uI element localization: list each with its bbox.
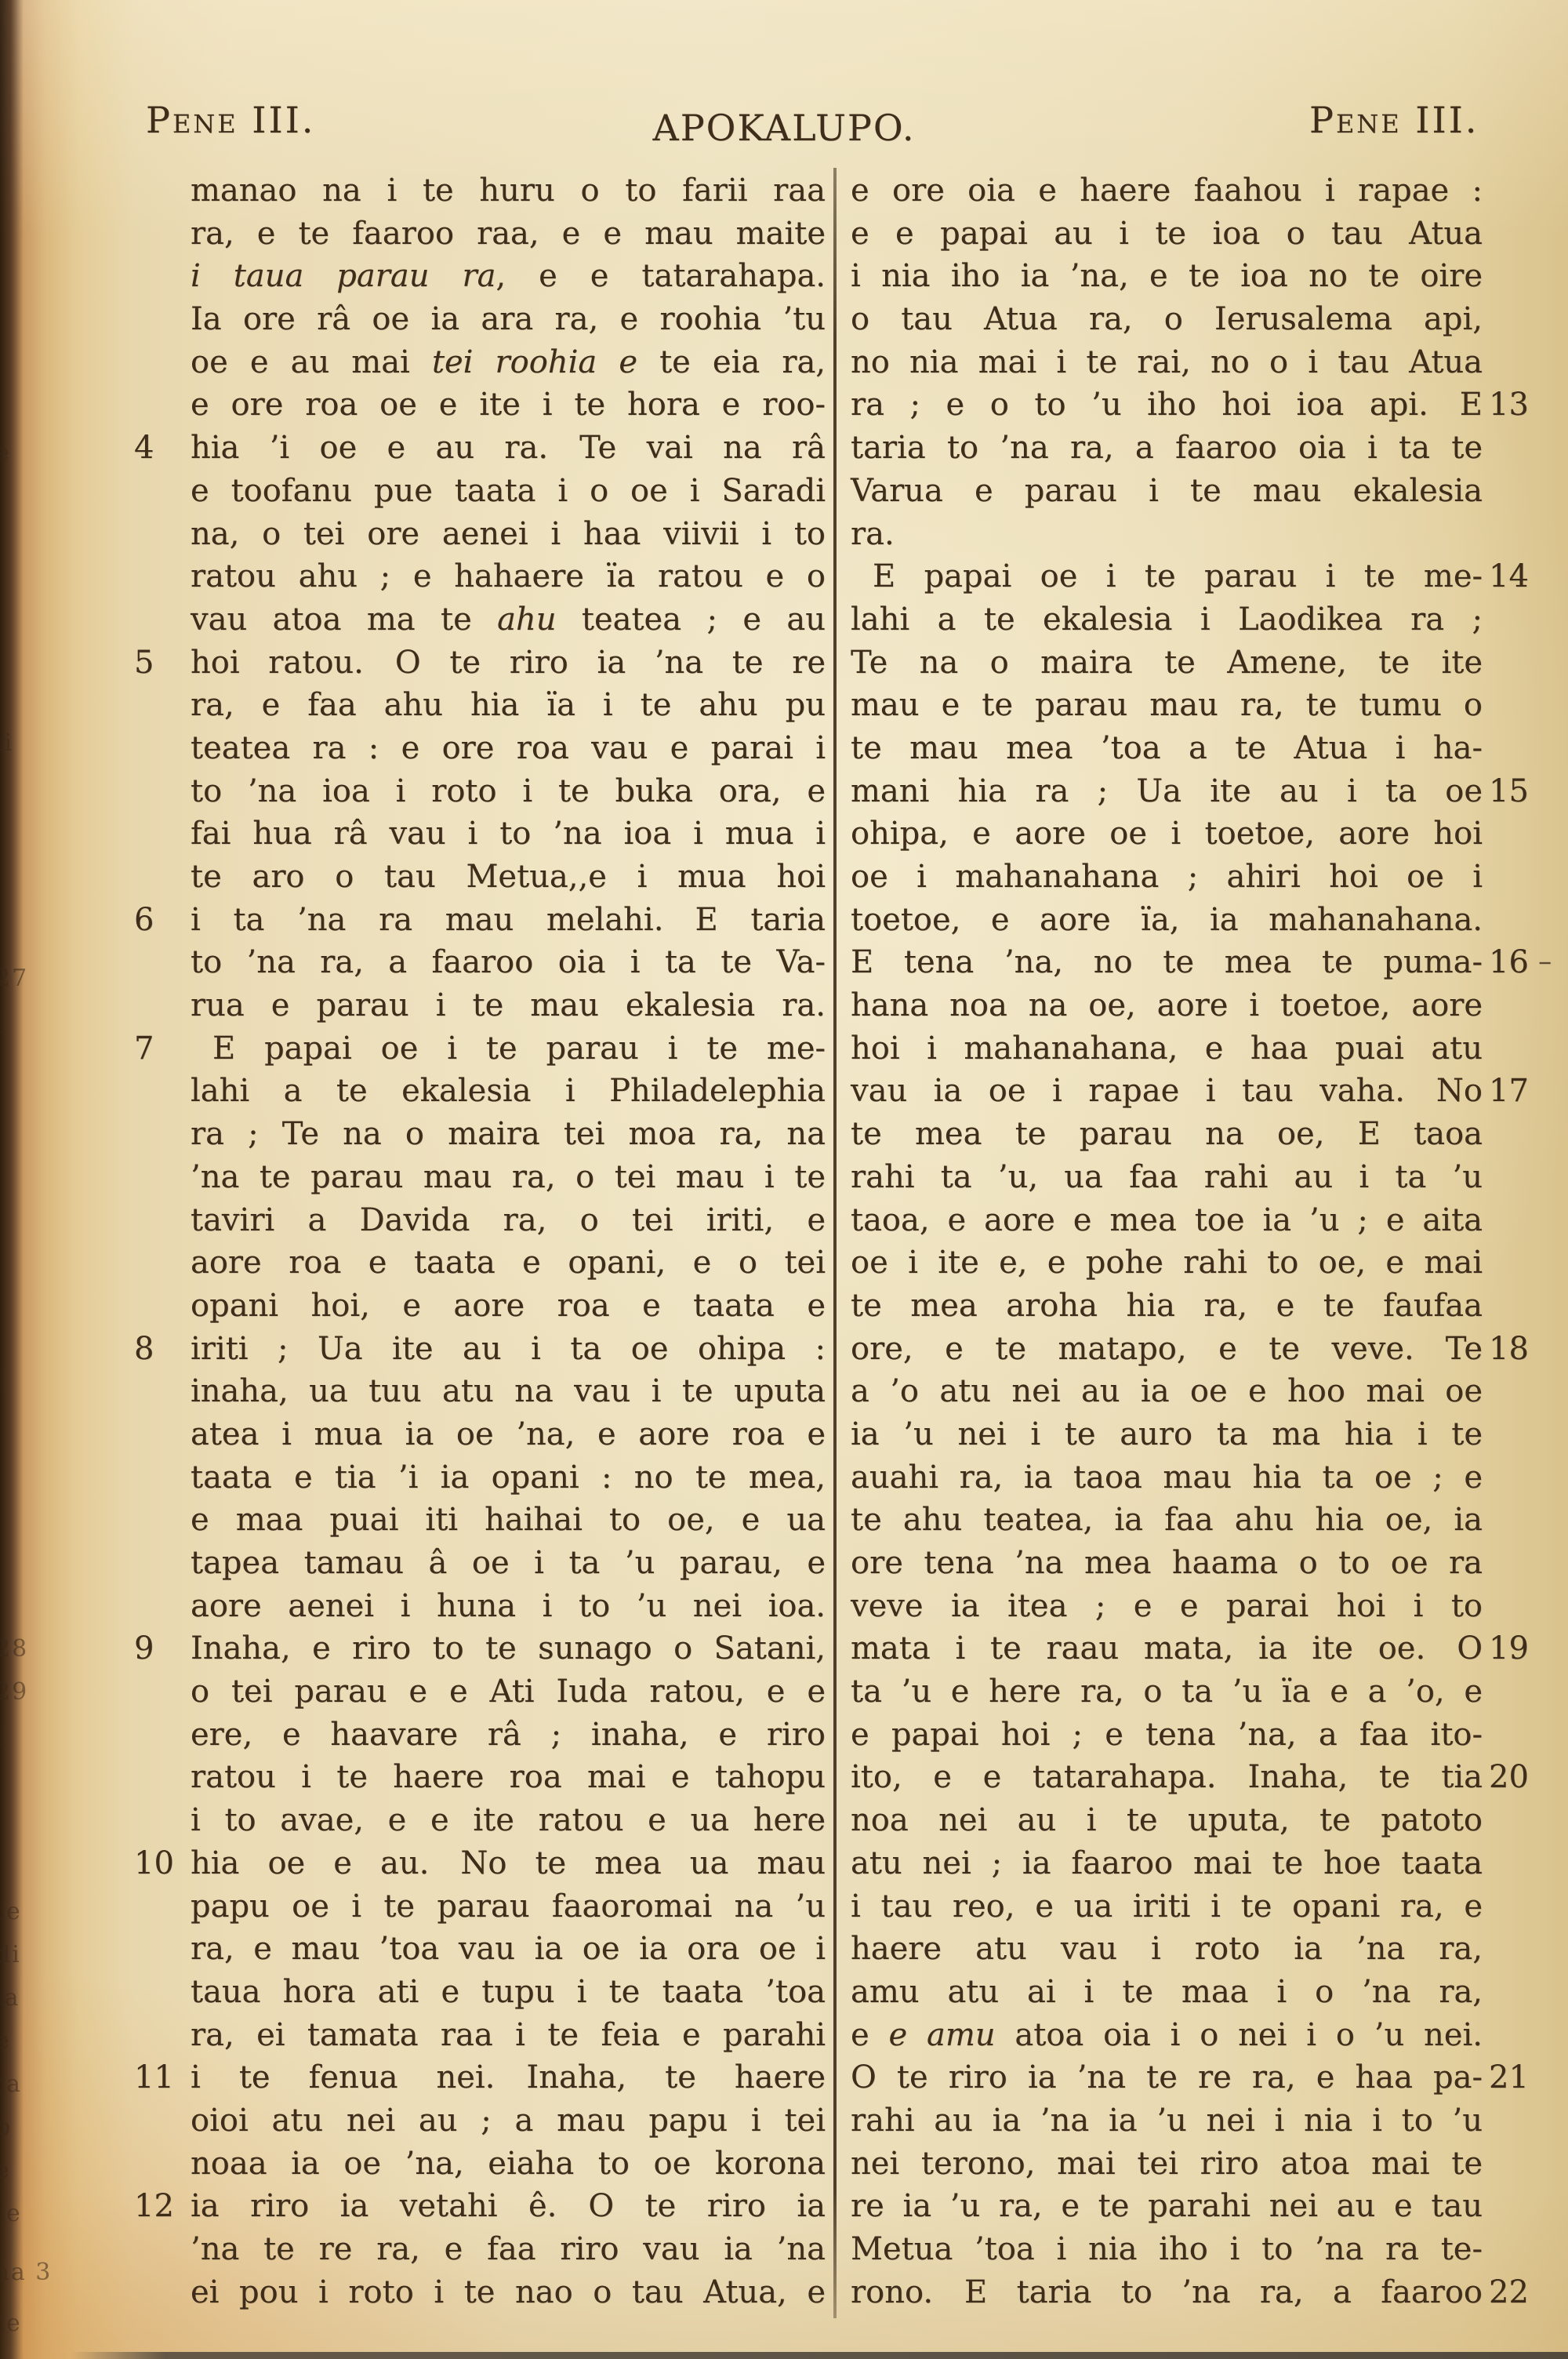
text-line: ito, e e tatarahapa. Inaha, te tia20 (851, 1756, 1483, 1799)
text-line: na, o tei ore aenei i haa viivii i to (191, 513, 826, 556)
text-line: e toofanu pue taata i o oe i Saradi (191, 470, 826, 513)
body-text: oe i ite e, e pohe rahi to oe, e mai (851, 1245, 1483, 1281)
text-line: ra, ei tamata raa i te feia e parahi (191, 2014, 826, 2057)
verse-number: 22 (1489, 2271, 1558, 2314)
body-text: i to avae, e e ite ratou e ua here (191, 1802, 826, 1838)
body-text: taria to ’na ra, a faaroo oia i ta te (851, 430, 1483, 466)
body-text: ra ; Te na o maira tei moa ra, na (191, 1116, 826, 1152)
text-line: rua e parau i te mau ekalesia ra. (191, 984, 826, 1027)
text-line: e e papai au i te ioa o tau Atua (851, 213, 1483, 256)
edge-fragment: e (0, 2027, 11, 2055)
text-line: to ’na ra, a faaroo oia i ta te Va- (191, 941, 826, 984)
body-text: manao na i te huru o to farii raa (191, 173, 826, 209)
body-text: ore tena ’na mea haama o to oe ra (851, 1545, 1483, 1581)
text-line: hoi i mahanahana, e haa puai atu (851, 1027, 1483, 1070)
body-text: to ’na ioa i roto i te buka ora, e (191, 773, 826, 809)
edge-fragment: ta (0, 2070, 22, 2098)
body-text: aore aenei i huna i to ’u nei ioa. (191, 1588, 826, 1624)
text-line: rono. E taria to ’na ra, a faaroo22 (851, 2271, 1483, 2314)
body-text: hoi i mahanahana, e haa puai atu (851, 1030, 1483, 1067)
text-line: atu nei ; ia faaroo mai te hoe taata (851, 1842, 1483, 1885)
body-text: ra, e te faaroo raa, e e mau maite (191, 216, 826, 252)
text-line: lahi a te ekalesia i Laodikea ra ; (851, 598, 1483, 642)
running-head-left: Pene III. (146, 99, 315, 141)
body-text: Inaha, e riro to te sunago o Satani, (191, 1630, 826, 1667)
body-text: te mea te parau na oe, E taoa (851, 1116, 1483, 1152)
edge-fragment: di (0, 1941, 21, 1968)
body-text: e maa puai iti haihai to oe, e ua (191, 1502, 826, 1538)
body-text: te aro o tau Metua,,e i mua hoi (191, 859, 826, 895)
text-line: noaa ia oe ’na, eiaha to oe korona (191, 2143, 826, 2186)
body-text: te mau mea ’toa a te Atua i ha- (851, 730, 1483, 766)
text-line: te aro o tau Metua,,e i mua hoi (191, 856, 826, 899)
text-line: E tena ’na, no te mea te puma-16 (851, 941, 1483, 984)
text-line: taria to ’na ra, a faaroo oia i ta te (851, 427, 1483, 470)
verse-number: 20 (1489, 1756, 1558, 1799)
verse-number: 13 (1489, 383, 1558, 427)
body-text: no nia mai i te rai, no o i tau Atua (851, 344, 1483, 380)
text-line: e e amu atoa oia i o nei i o ’u nei. (851, 2014, 1483, 2057)
body-text: hana noa na oe, aore i toetoe, aore (851, 987, 1483, 1023)
text-line: oe i mahanahana ; ahiri hoi oe i (851, 856, 1483, 899)
text-line: to ’na ioa i roto i te buka ora, e (191, 770, 826, 813)
text-line: i nia iho ia ’na, e te ioa no te oire (851, 255, 1483, 298)
text-line: ’na te re ra, e faa riro vau ia ’na (191, 2228, 826, 2271)
edge-fragment: te (0, 1898, 22, 1925)
text-line: ratou i te haere roa mai e tahopu (191, 1756, 826, 1799)
text-line: ra, e mau ’toa vau ia oe ia ora oe i (191, 1928, 826, 1971)
text-line: ’na te parau mau ra, o tei mau i te (191, 1156, 826, 1199)
text-line: atea i mua ia oe ’na, e aore roa e (191, 1413, 826, 1456)
body-text: ra, e faa ahu hia ïa i te ahu pu (191, 687, 826, 723)
body-text: ra, e mau ’toa vau ia oe ia ora oe i (191, 1931, 826, 1967)
edge-fragment: l (0, 1012, 5, 1039)
text-line: oe i ite e, e pohe rahi to oe, e mai (851, 1241, 1483, 1285)
verse-number: 11 (134, 2056, 180, 2099)
left-column: manao na i te huru o to farii raara, e t… (191, 169, 826, 2314)
text-line: E papai oe i te parau i te me-7 (191, 1027, 826, 1070)
body-text: taviri a Davida ra, o tei iriti, e (191, 1202, 826, 1238)
text-line: ta ’u e here ra, o ta ’u ïa e a ’o, e (851, 1670, 1483, 1714)
body-text: taoa, e aore e mea toe ia ’u ; e aita (851, 1202, 1483, 1238)
edge-fragment: ii (0, 729, 13, 757)
text-line: E papai oe i te parau i te me-14 (851, 555, 1483, 598)
body-text: mau e te parau mau ra, te tumu o (851, 687, 1483, 723)
body-text: iriti ; Ua ite au i ta oe ohipa : (191, 1331, 826, 1367)
verse-number: 17 (1489, 1070, 1558, 1113)
text-line: veve ia itea ; e e parai hoi i to (851, 1585, 1483, 1628)
body-text: i te fenua nei. Inaha, te haere (191, 2059, 826, 2095)
body-text: veve ia itea ; e e parai hoi i to (851, 1588, 1483, 1624)
body-text: rono. E taria to ’na ra, a faaroo (851, 2274, 1483, 2310)
text-line: i ta ’na ra mau melahi. E taria6 (191, 899, 826, 942)
body-text: ia ’u nei i te auro ta ma hia i te (851, 1416, 1483, 1452)
verse-number: 4 (134, 427, 180, 470)
body-text: O te riro ia ’na te re ra, e haa pa- (851, 2059, 1483, 2095)
body-text: e toofanu pue taata i o oe i Saradi (191, 473, 826, 509)
running-head-right: Pene III. (1309, 99, 1544, 141)
text-line: vau ia oe i rapae i tau vaha. No17 (851, 1070, 1483, 1113)
text-line: te mea te parau na oe, E taoa (851, 1113, 1483, 1156)
text-line: haere atu vau i roto ia ’na ra, (851, 1928, 1483, 1971)
body-text: teatea ra : e ore roa vau e parai i (191, 730, 826, 766)
body-text: e ore oia e haere faahou i rapae : (851, 173, 1483, 209)
body-text: mata i te raau mata, ia ite oe. O (851, 1630, 1483, 1667)
body-text: tapea tamau â oe i ta ’u parau, e (191, 1545, 826, 1581)
text-line: e ore oia e haere faahou i rapae : (851, 169, 1483, 213)
text-line: Te na o maira te Amene, te ite (851, 642, 1483, 685)
body-text: hia ’i oe e au ra. Te vai na râ (191, 430, 826, 466)
edge-fragment: b (0, 2114, 12, 2141)
body-text: atu nei ; ia faaroo mai te hoe taata (851, 1845, 1483, 1881)
body-text: rahi ta ’u, ua faa rahi au i ta ’u (851, 1159, 1483, 1195)
text-line: taua hora ati e tupu i te taata ’toa (191, 1971, 826, 2014)
body-text: vau ia oe i rapae i tau vaha. No (851, 1073, 1483, 1109)
body-text: E papai oe i te parau i te me- (212, 1030, 826, 1067)
text-line: hoi ratou. O te riro ia ’na te re5 (191, 642, 826, 685)
body-text: ratou ahu ; e hahaere ïa ratou e o (191, 558, 826, 594)
book-title: APOKALUPO. (653, 107, 916, 149)
right-column: e ore oia e haere faahou i rapae :e e pa… (851, 169, 1483, 2314)
body-text: taata e tia ’i ia opani : no te mea, (191, 1459, 826, 1496)
text-line: mau e te parau mau ra, te tumu o (851, 684, 1483, 727)
text-line: e ore roa oe e ite i te hora e roo- (191, 383, 826, 427)
text-line: ratou ahu ; e hahaere ïa ratou e o (191, 555, 826, 598)
italic-text: tei roohia e (432, 344, 637, 380)
body-text: ra ; e o to ’u iho hoi ioa api. E (851, 387, 1483, 423)
text-line: toetoe, e aore ïa, ia mahanahana. (851, 899, 1483, 942)
text-line: hia ’i oe e au ra. Te vai na râ4 (191, 427, 826, 470)
body-text: i tau reo, e ua iriti i te opani ra, e (851, 1888, 1483, 1925)
text-line: te mau mea ’toa a te Atua i ha- (851, 727, 1483, 770)
body-text: te eia ra, (637, 344, 826, 380)
body-text: ta ’u e here ra, o ta ’u ïa e a ’o, e (851, 1674, 1483, 1710)
body-text: , e e tatarahapa. (495, 258, 826, 294)
verse-number: 18 (1489, 1328, 1558, 1371)
body-text: oioi atu nei au ; a mau papu i tei (191, 2103, 826, 2139)
text-line: taviri a Davida ra, o tei iriti, e (191, 1199, 826, 1242)
text-line: opani hoi, e aore roa e taata e (191, 1285, 826, 1328)
text-line: e papai hoi ; e tena ’na, a faa ito- (851, 1714, 1483, 1757)
verse-number: 9 (134, 1627, 180, 1670)
text-line: mata i te raau mata, ia ite oe. O19 (851, 1627, 1483, 1670)
text-line: i taua parau ra, e e tatarahapa. (191, 255, 826, 298)
edge-fragment: aa 3 (0, 2259, 52, 2286)
body-text: oe e au mai (191, 344, 432, 380)
text-line: o tau Atua ra, o Ierusalema api, (851, 298, 1483, 341)
scanned-book-page: Pene III. APOKALUPO. Pene III. manao na … (0, 0, 1568, 2359)
body-text: nei terono, mai tei riro atoa mai te (851, 2146, 1483, 2182)
body-text: noaa ia oe ’na, eiaha to oe korona (191, 2146, 826, 2182)
body-text: teatea ; e au (557, 602, 826, 638)
text-line: rahi ta ’u, ua faa rahi au i ta ’u (851, 1156, 1483, 1199)
body-text: ra, ei tamata raa i te feia e parahi (191, 2017, 826, 2053)
text-line: te mea aroha hia ra, e te faufaa (851, 1285, 1483, 1328)
body-text: aore roa e taata e opani, e o tei (191, 1245, 826, 1281)
text-line: ei pou i roto i te nao o tau Atua, e (191, 2271, 826, 2314)
body-text: E tena ’na, no te mea te puma- (851, 944, 1483, 980)
body-text: na, o tei ore aenei i haa viivii i to (191, 516, 826, 552)
column-divider (833, 168, 837, 2318)
text-line: no nia mai i te rai, no o i tau Atua (851, 341, 1483, 384)
body-text: lahi a te ekalesia i Philadelephia (191, 1073, 826, 1109)
body-text: i nia iho ia ’na, e te ioa no te oire (851, 258, 1483, 294)
text-line: O te riro ia ’na te re ra, e haa pa-21 (851, 2056, 1483, 2099)
text-line: hia oe e au. No te mea ua mau10 (191, 1842, 826, 1885)
edge-fragment: e (0, 2157, 11, 2184)
text-line: iriti ; Ua ite au i ta oe ohipa :8 (191, 1328, 826, 1371)
edge-fragment: e (0, 439, 11, 467)
edge-fragment: 27 (0, 965, 28, 992)
body-text: rahi au ia ’na ia ’u nei i nia i to ’u (851, 2103, 1483, 2139)
text-line: ia ’u nei i te auro ta ma hia i te (851, 1413, 1483, 1456)
text-line: Inaha, e riro to te sunago o Satani,9 (191, 1627, 826, 1670)
text-line: taoa, e aore e mea toe ia ’u ; e aita (851, 1199, 1483, 1242)
body-text: ito, e e tatarahapa. Inaha, te tia (851, 1759, 1483, 1795)
body-text: auahi ra, ia taoa mau hia ta oe ; e (851, 1459, 1483, 1496)
verse-number: 15 (1489, 770, 1558, 813)
text-line: manao na i te huru o to farii raa (191, 169, 826, 213)
body-text: atoa oia i o nei i o ’u nei. (996, 2017, 1483, 2053)
text-line: vau atoa ma te ahu teatea ; e au (191, 598, 826, 642)
body-text: e (851, 2017, 889, 2053)
text-line: ere, e haavare râ ; inaha, e riro (191, 1714, 826, 1757)
body-text: lahi a te ekalesia i Laodikea ra ; (851, 602, 1483, 638)
italic-text: e amu (889, 2017, 996, 2053)
body-text: e papai hoi ; e tena ’na, a faa ito- (851, 1717, 1483, 1753)
body-text: oe i mahanahana ; ahiri hoi oe i (851, 859, 1483, 895)
text-line: ra ; Te na o maira tei moa ra, na (191, 1113, 826, 1156)
verse-number: 7 (134, 1027, 180, 1070)
body-text: e ore roa oe e ite i te hora e roo- (191, 387, 826, 423)
body-text: fai hua râ vau i to ’na ioa i mua i (191, 816, 826, 852)
text-line: ia riro ia vetahi ê. O te riro ia12 (191, 2185, 826, 2228)
body-text: ’na te re ra, e faa riro vau ia ’na (191, 2231, 826, 2267)
body-text: te mea aroha hia ra, e te faufaa (851, 1288, 1483, 1324)
body-text: ra. (851, 516, 895, 552)
edge-fragment: l (0, 1369, 5, 1396)
text-line: Varua e parau i te mau ekalesia (851, 470, 1483, 513)
body-text: Ia ore râ oe ia ara ra, e roohia ’tu (191, 301, 826, 337)
body-text: amu atu ai i te maa i o ’na ra, (851, 1974, 1483, 2010)
text-line: ra, e faa ahu hia ïa i te ahu pu (191, 684, 826, 727)
body-text: to ’na ra, a faaroo oia i ta te Va- (191, 944, 826, 980)
verse-number: 12 (134, 2185, 180, 2228)
text-line: ore, e te matapo, e te veve. Te18 (851, 1328, 1483, 1371)
text-line: auahi ra, ia taoa mau hia ta oe ; e (851, 1456, 1483, 1499)
verse-number: 14 (1489, 555, 1558, 598)
text-line: o tei parau e e Ati Iuda ratou, e e (191, 1670, 826, 1714)
verse-number: 6 (134, 899, 180, 942)
edge-fragment: te (0, 2310, 22, 2337)
body-text: ei pou i roto i te nao o tau Atua, e (191, 2274, 826, 2310)
body-text: inaha, ua tuu atu na vau i te uputa (191, 1373, 826, 1409)
edge-fragment: 29 (0, 1678, 28, 1706)
text-line: Metua ’toa i nia iho i to ’na ra te- (851, 2228, 1483, 2271)
text-line: aore aenei i huna i to ’u nei ioa. (191, 1585, 826, 1628)
text-line: amu atu ai i te maa i o ’na ra, (851, 1971, 1483, 2014)
body-text: i ta ’na ra mau melahi. E taria (191, 902, 826, 938)
body-text: mani hia ra ; Ua ite au i ta oe (851, 773, 1483, 809)
body-text: Metua ’toa i nia iho i to ’na ra te- (851, 2231, 1483, 2267)
body-text: hoi ratou. O te riro ia ’na te re (191, 645, 826, 681)
verse-number: 21 (1489, 2056, 1558, 2099)
margin-mark: – (1538, 946, 1552, 977)
text-line: mani hia ra ; Ua ite au i ta oe15 (851, 770, 1483, 813)
body-text: re ia ’u ra, e te parahi nei au e tau (851, 2188, 1483, 2224)
text-line: noa nei au i te uputa, te patoto (851, 1799, 1483, 1842)
text-line: i te fenua nei. Inaha, te haere11 (191, 2056, 826, 2099)
body-text: opani hoi, e aore roa e taata e (191, 1288, 826, 1324)
text-line: a ’o atu nei au ia oe e hoo mai oe (851, 1370, 1483, 1413)
photo-bottom-edge (71, 2352, 1568, 2359)
body-text: atea i mua ia oe ’na, e aore roa e (191, 1416, 826, 1452)
text-line: lahi a te ekalesia i Philadelephia (191, 1070, 826, 1113)
edge-fragment: 28 (0, 1635, 28, 1663)
text-line: Ia ore râ oe ia ara ra, e roohia ’tu (191, 298, 826, 341)
body-text: ere, e haavare râ ; inaha, e riro (191, 1717, 826, 1753)
body-text: o tei parau e e Ati Iuda ratou, e e (191, 1674, 826, 1710)
body-text: Varua e parau i te mau ekalesia (851, 473, 1483, 509)
text-line: hana noa na oe, aore i toetoe, aore (851, 984, 1483, 1027)
body-text: ohipa, e aore oe i toetoe, aore hoi (851, 816, 1483, 852)
body-text: ’na te parau mau ra, o tei mau i te (191, 1159, 826, 1195)
text-line: ra, e te faaroo raa, e e mau maite (191, 213, 826, 256)
text-line: re ia ’u ra, e te parahi nei au e tau (851, 2185, 1483, 2228)
verse-number: 10 (134, 1842, 180, 1885)
body-text: noa nei au i te uputa, te patoto (851, 1802, 1483, 1838)
body-text: te ahu teatea, ia faa ahu hia oe, ia (851, 1502, 1483, 1538)
text-line: ra. (851, 513, 1483, 556)
body-text: a ’o atu nei au ia oe e hoo mai oe (851, 1373, 1483, 1409)
body-text: Te na o maira te Amene, te ite (851, 645, 1483, 681)
text-line: rahi au ia ’na ia ’u nei i nia i to ’u (851, 2099, 1483, 2143)
text-line: ore tena ’na mea haama o to oe ra (851, 1542, 1483, 1585)
body-text: papu oe i te parau faaoromai na ’u (191, 1888, 826, 1925)
text-line: oioi atu nei au ; a mau papu i tei (191, 2099, 826, 2143)
body-text: vau atoa ma te (191, 602, 497, 638)
text-line: nei terono, mai tei riro atoa mai te (851, 2143, 1483, 2186)
text-line: fai hua râ vau i to ’na ioa i mua i (191, 812, 826, 856)
page-header: Pene III. APOKALUPO. Pene III. (0, 99, 1568, 154)
text-line: i tau reo, e ua iriti i te opani ra, e (851, 1885, 1483, 1928)
verse-number: 5 (134, 642, 180, 685)
body-text: E papai oe i te parau i te me- (873, 558, 1483, 594)
verse-number: 19 (1489, 1627, 1558, 1670)
text-line: i to avae, e e ite ratou e ua here (191, 1799, 826, 1842)
text-line: e maa puai iti haihai to oe, e ua (191, 1499, 826, 1542)
text-line: aore roa e taata e opani, e o tei (191, 1241, 826, 1285)
text-line: ohipa, e aore oe i toetoe, aore hoi (851, 812, 1483, 856)
text-line: te ahu teatea, ia faa ahu hia oe, ia (851, 1499, 1483, 1542)
body-text: taua hora ati e tupu i te taata ’toa (191, 1974, 826, 2010)
edge-fragment: l (0, 1725, 5, 1753)
text-line: ra ; e o to ’u iho hoi ioa api. E13 (851, 383, 1483, 427)
body-text: ia riro ia vetahi ê. O te riro ia (191, 2188, 826, 2224)
body-text: hia oe e au. No te mea ua mau (191, 1845, 826, 1881)
italic-text: i taua parau ra (191, 258, 495, 294)
text-line: taata e tia ’i ia opani : no te mea, (191, 1456, 826, 1499)
body-text: toetoe, e aore ïa, ia mahanahana. (851, 902, 1483, 938)
body-text: e e papai au i te ioa o tau Atua (851, 216, 1483, 252)
edge-fragment: te (0, 2200, 22, 2227)
verse-number: 8 (134, 1328, 180, 1371)
body-text: ore, e te matapo, e te veve. Te (851, 1331, 1483, 1367)
text-line: inaha, ua tuu atu na vau i te uputa (191, 1370, 826, 1413)
edge-fragment: ia (0, 1984, 20, 2012)
text-line: tapea tamau â oe i ta ’u parau, e (191, 1542, 826, 1585)
italic-text: ahu (497, 602, 556, 638)
body-text: haere atu vau i roto ia ’na ra, (851, 1931, 1483, 1967)
body-text: o tau Atua ra, o Ierusalema api, (851, 301, 1483, 337)
text-line: teatea ra : e ore roa vau e parai i (191, 727, 826, 770)
body-text: rua e parau i te mau ekalesia ra. (191, 987, 826, 1023)
text-line: papu oe i te parau faaoromai na ’u (191, 1885, 826, 1928)
text-line: oe e au mai tei roohia e te eia ra, (191, 341, 826, 384)
body-text: ratou i te haere roa mai e tahopu (191, 1759, 826, 1795)
